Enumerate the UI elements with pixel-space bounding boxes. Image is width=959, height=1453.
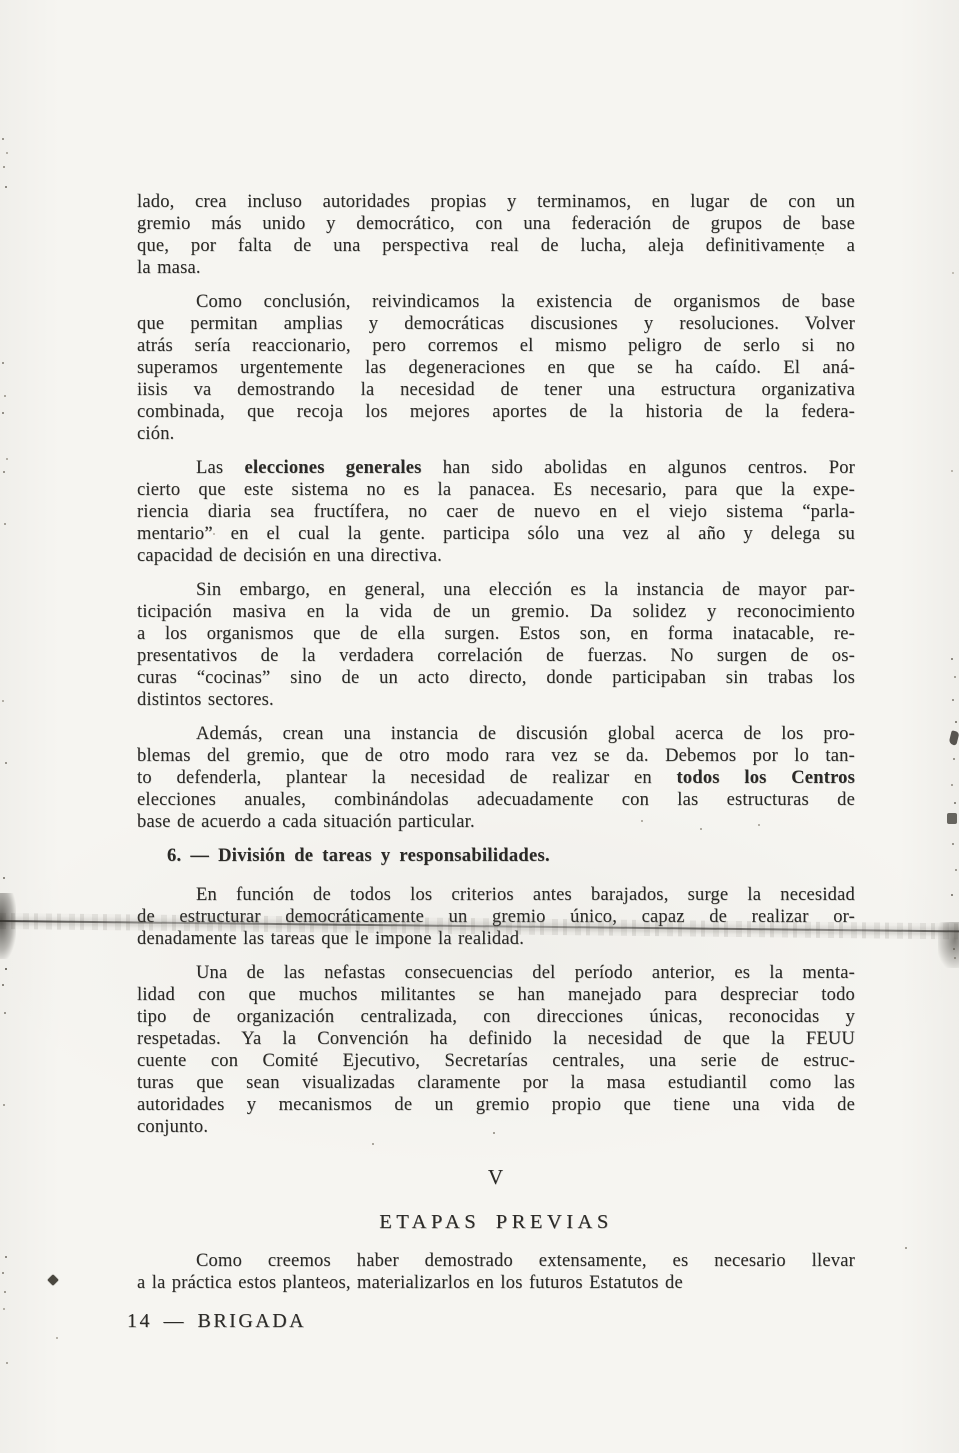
paragraph: lado, crea incluso autoridades propias y…	[137, 191, 855, 279]
text-line: presentativos de la verdadera correlació…	[137, 645, 855, 667]
text-line: superamos urgentemente las degeneracione…	[137, 357, 855, 379]
right-margin-ink-blob	[948, 730, 959, 746]
text-line: cierto que este sistema no es la panacea…	[137, 479, 855, 501]
chapter-number: V	[137, 1164, 855, 1190]
text-line: base de acuerdo a cada situación particu…	[137, 811, 855, 833]
text-line: que, por falta de una perspectiva real d…	[137, 235, 855, 257]
text-line: capacidad de decisión en una directiva.	[137, 545, 855, 567]
text-line: mentario” en el cual la gente. participa…	[137, 523, 855, 545]
text-line: lidad con que muchos militantes se han m…	[137, 984, 855, 1006]
paragraph: Las elecciones generales han sido abolid…	[137, 457, 855, 567]
text-line: blemas del gremio, que de otro modo rara…	[137, 745, 855, 767]
paragraph: Como creemos haber demostrado extensamen…	[137, 1250, 855, 1294]
text-line: iisis va demostrando la necesidad de ten…	[137, 379, 855, 401]
left-edge-ink-blot	[0, 893, 16, 959]
text-line: tipo de organización centralizada, con d…	[137, 1006, 855, 1028]
text-line: Una de las nefastas consecuencias del pe…	[137, 962, 855, 984]
text-line: autoridades y mecanismos de un gremio pr…	[137, 1094, 855, 1116]
page-noise-speckles	[0, 0, 2, 2]
text-line: a los organismos que de ella surgen. Est…	[137, 623, 855, 645]
left-margin-diamond-mark	[47, 1274, 58, 1285]
text-line: la masa.	[137, 257, 855, 279]
text-line: elecciones anuales, combinándolas adecua…	[137, 789, 855, 811]
paragraph: Como conclusión, reivindicamos la existe…	[137, 291, 855, 445]
paragraph: En función de todos los criterios antes …	[137, 884, 855, 950]
text-line: distintos sectores.	[137, 689, 855, 711]
text-line: que permitan amplias y democráticas disc…	[137, 313, 855, 335]
text-line: a la práctica estos planteos, materializ…	[137, 1272, 855, 1294]
text-line: ción.	[137, 423, 855, 445]
text-line: Sin embargo, en general, una elección es…	[137, 579, 855, 601]
text-line: Las elecciones generales han sido abolid…	[137, 457, 855, 479]
right-margin-ink-blob	[947, 813, 957, 824]
right-edge-crease-blot	[938, 922, 959, 968]
paragraph: Además, crean una instancia de discusión…	[137, 723, 855, 833]
text-line: ticipación masiva en la vida de un gremi…	[137, 601, 855, 623]
text-line: En función de todos los criterios antes …	[137, 884, 855, 906]
text-line: denadamente las tareas que le impone la …	[137, 928, 855, 950]
text-line: gremio más unido y democrático, con una …	[137, 213, 855, 235]
page-footer: 14 — BRIGADA	[127, 1310, 306, 1333]
subheading: 6. — División de tareas y responsabilida…	[137, 845, 855, 867]
text-line: de estructurar democráticamente un gremi…	[137, 906, 855, 928]
right-edge-speckles	[951, 0, 953, 2]
text-line: Además, crean una instancia de discusión…	[137, 723, 855, 745]
paragraph: Sin embargo, en general, una elección es…	[137, 579, 855, 711]
text-line: conjunto.	[137, 1116, 855, 1138]
text-line: Como creemos haber demostrado extensamen…	[137, 1250, 855, 1272]
chapter-title: ETAPAS PREVIAS	[137, 1209, 855, 1235]
text-line: combinada, que recoja los mejores aporte…	[137, 401, 855, 423]
left-edge-speckles	[2, 0, 4, 2]
body-text: lado, crea incluso autoridades propias y…	[137, 191, 855, 1306]
text-line: atrás sería reaccionario, pero corremos …	[137, 335, 855, 357]
text-line: Como conclusión, reivindicamos la existe…	[137, 291, 855, 313]
text-line: riencia diaria sea fructífera, no caer d…	[137, 501, 855, 523]
text-line: respetadas. Ya la Convención ha definido…	[137, 1028, 855, 1050]
text-line: lado, crea incluso autoridades propias y…	[137, 191, 855, 213]
scanned-document-page: lado, crea incluso autoridades propias y…	[0, 0, 959, 1453]
text-line: turas que sean visualizadas claramente p…	[137, 1072, 855, 1094]
text-line: to defenderla, plantear la necesidad de …	[137, 767, 855, 789]
text-line: curas “cocinas” sino de un acto directo,…	[137, 667, 855, 689]
text-line: cuente con Comité Ejecutivo, Secretarías…	[137, 1050, 855, 1072]
paragraph: Una de las nefastas consecuencias del pe…	[137, 962, 855, 1138]
